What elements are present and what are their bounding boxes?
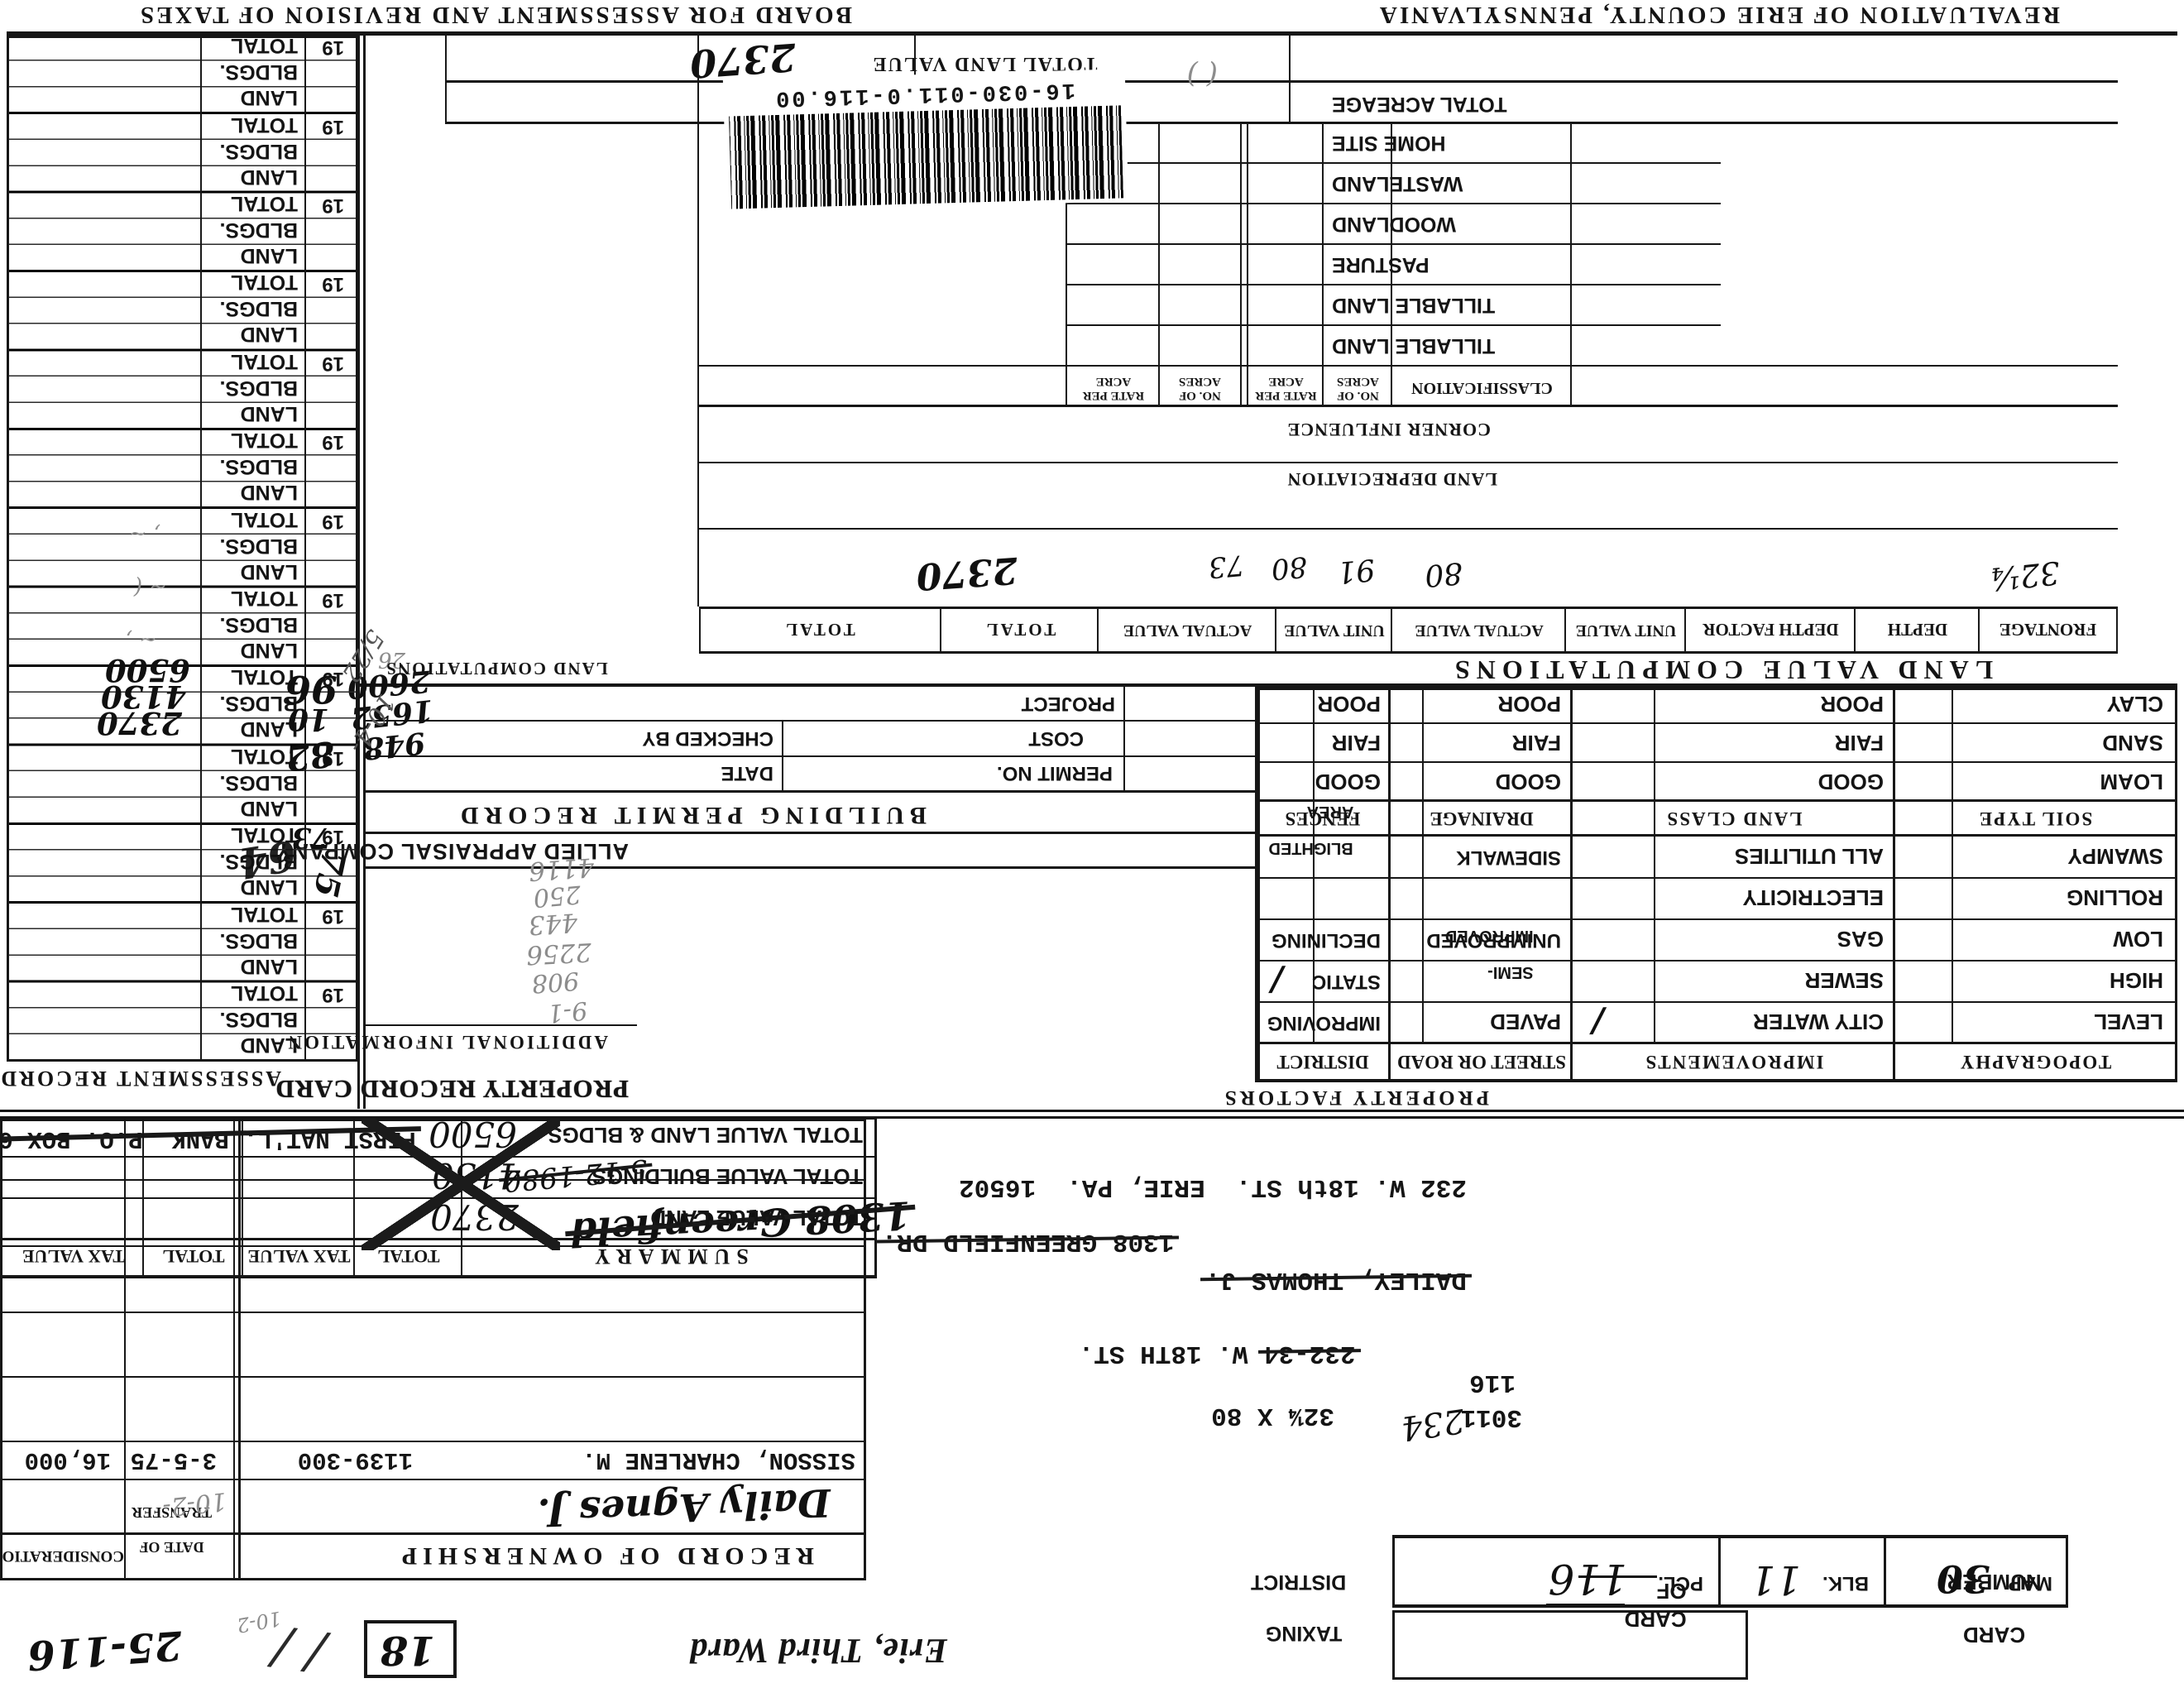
lc-header-depth: DEPTH bbox=[1856, 619, 1980, 640]
date-label: DATE bbox=[721, 761, 773, 784]
class-row-tillable2: TILLABLE LAND bbox=[1332, 293, 1605, 317]
lc-header-actualvalue2: ACTUAL VALUE bbox=[1099, 621, 1276, 640]
scribble-64: 64 bbox=[235, 831, 299, 888]
class-header-classification: CLASSIFICATION bbox=[1392, 378, 1572, 397]
prior-owner-struck: DAILEY, THOMAS J. bbox=[1205, 1265, 1467, 1294]
pf-swampy: SWAMPY bbox=[2067, 843, 2163, 869]
lc-header-total1: TOTAL bbox=[941, 619, 1099, 640]
pf-sewer: SEWER bbox=[1805, 967, 1884, 993]
lc-header-unitvalue1: UNIT VALUE bbox=[1566, 621, 1686, 640]
street-correction: 234 bbox=[1399, 1401, 1467, 1447]
total-label: TOTAL bbox=[231, 981, 298, 1005]
banner-rule bbox=[7, 31, 2177, 36]
owner-row2-consideration: 16,000 bbox=[25, 1446, 111, 1474]
rule bbox=[699, 365, 2118, 367]
total-label: TOTAL bbox=[231, 428, 298, 452]
year-prefix: 19 bbox=[322, 510, 344, 533]
year-prefix: 19 bbox=[322, 352, 344, 375]
class-header-rate1: RATE PER ACRE bbox=[1248, 374, 1324, 402]
current-address: 232 W. 18th ST. ERIE, PA. 16502 bbox=[959, 1172, 1467, 1201]
land-label: LAND bbox=[241, 480, 298, 504]
land-label: LAND bbox=[241, 85, 298, 109]
land-label: LAND bbox=[241, 243, 298, 267]
lc-depthfactor-value: 91 bbox=[1335, 552, 1376, 589]
pf-poor3: POOR bbox=[1317, 691, 1381, 717]
pf-poor1: POOR bbox=[1820, 691, 1884, 717]
land-label: LAND bbox=[241, 559, 298, 583]
divider bbox=[363, 36, 366, 1109]
rule bbox=[1260, 918, 2175, 920]
class-header-noacres1: NO. OF ACRES bbox=[1324, 374, 1392, 402]
rule bbox=[364, 755, 1255, 757]
blk-value: 11 bbox=[1751, 1556, 1801, 1603]
land-computations-header: FRONTAGE DEPTH DEPTH FACTOR UNIT VALUE A… bbox=[699, 607, 2118, 654]
assessment-block: 19LANDBLDGS.TOTAL bbox=[9, 112, 356, 190]
total-value-hw: 6500 bbox=[105, 652, 190, 688]
corner-influence-label: CORNER INFLUENCE bbox=[1287, 419, 1491, 440]
pencil-parens: ( ) bbox=[1187, 58, 1218, 91]
map-blk-pcl-row: MAP 30 BLK. 11 PCL. 116 bbox=[1392, 1535, 2068, 1608]
rule bbox=[1260, 761, 2175, 763]
pf-header-district: DISTRICT bbox=[1255, 1051, 1391, 1072]
year-82: 82 bbox=[284, 733, 336, 779]
owner-row2-name: SISSON, CHARLENE M. bbox=[582, 1446, 855, 1474]
pf-header-street: STREET OR ROAD bbox=[1391, 1051, 1573, 1072]
owner-row1-name: Daily Agnes J. bbox=[537, 1480, 831, 1535]
project-label: PROJECT bbox=[1022, 692, 1115, 715]
assessment-block: 19LANDBLDGS.TOTAL bbox=[9, 33, 356, 112]
property-record-card-scan: CARD NUMBER CARD OF TAXING DISTRICT Erie… bbox=[0, 0, 2184, 1688]
account-number: 3011 bbox=[1461, 1403, 1522, 1431]
rule bbox=[699, 405, 2118, 407]
pf-header-landclass: LAND CLASS bbox=[1573, 808, 1895, 829]
pf-good1: GOOD bbox=[1818, 769, 1884, 794]
class-row-pasture: PASTURE bbox=[1332, 252, 1605, 276]
pf-semi-1: SEMI- bbox=[1487, 963, 1534, 981]
parcel-number: 116 bbox=[1469, 1368, 1516, 1397]
assessment-block: 19LANDBLDGS.TOTAL bbox=[9, 901, 356, 980]
rule bbox=[364, 866, 1255, 869]
rule bbox=[2, 1312, 864, 1313]
summary-row1-label: TOTAL VALUE LAND bbox=[650, 1205, 863, 1230]
section-rule bbox=[0, 1116, 2184, 1119]
section-rule bbox=[0, 1110, 2184, 1112]
year-prefix: 19 bbox=[322, 272, 344, 295]
pf-header-soiltype: SOIL TYPE bbox=[1895, 808, 2175, 829]
corner-number-scribble: 25-116 bbox=[26, 1622, 183, 1679]
pf-low: LOW bbox=[2113, 926, 2163, 952]
land-computations-title: LAND COMPUTATIONS bbox=[364, 658, 629, 679]
lc-depth-value: 80 bbox=[1423, 555, 1463, 592]
bldgs-label: BLDGS. bbox=[220, 139, 298, 163]
property-factors-title: PROPERTY FACTORS bbox=[1249, 1086, 1489, 1109]
divider bbox=[782, 722, 783, 793]
lc-total-value: 2370 bbox=[915, 549, 1019, 597]
rule bbox=[2, 1376, 864, 1378]
lc-header-depthfactor: DEPTH FACTOR bbox=[1686, 619, 1856, 640]
rule bbox=[1260, 1042, 2175, 1044]
class-row-woodland: WOODLAND bbox=[1332, 212, 1605, 236]
bldgs-label: BLDGS. bbox=[220, 770, 298, 794]
divider bbox=[1388, 690, 1391, 1079]
pf-unimproved: UNIMPROVED bbox=[1426, 928, 1561, 952]
permit-no-label: PERMIT NO. bbox=[997, 761, 1113, 784]
assessment-block: 19LANDBLDGS.TOTAL bbox=[9, 348, 356, 427]
total-label: TOTAL bbox=[231, 191, 298, 215]
pf-gas: GAS bbox=[1837, 926, 1884, 952]
prior-address-struck: 1308 GREENFIELD DR. bbox=[882, 1227, 1174, 1256]
pf-good3: GOOD bbox=[1315, 769, 1381, 794]
land-label: LAND bbox=[241, 954, 298, 978]
owner-row2-date: 3-5-75 bbox=[131, 1446, 217, 1474]
year-96: 96 bbox=[285, 667, 338, 712]
divider bbox=[1255, 687, 1257, 1082]
pencil-figure: 908 bbox=[531, 966, 581, 998]
pf-level: LEVEL bbox=[2094, 1009, 2163, 1034]
rule bbox=[699, 462, 2118, 463]
pf-declining: DECLINING bbox=[1272, 928, 1381, 952]
rule bbox=[1260, 960, 2175, 961]
bldgs-label: BLDGS. bbox=[220, 454, 298, 478]
lc-actualvalue-value: 73 bbox=[1207, 548, 1246, 584]
bldgs-label: BLDGS. bbox=[220, 612, 298, 636]
pf-header-topography: TOPOGRAPHY bbox=[1895, 1051, 2175, 1072]
pf-rolling: ROLLING bbox=[2067, 885, 2163, 910]
assessment-block: 19LANDBLDGS.TOTAL bbox=[9, 506, 356, 585]
year-prefix: 19 bbox=[322, 588, 344, 611]
street-rest: W. 18TH ST. bbox=[1079, 1339, 1263, 1368]
record-card-title: PROPERTY RECORD CARD bbox=[339, 1074, 629, 1104]
rule bbox=[2, 1479, 864, 1480]
rule bbox=[1067, 284, 1721, 285]
date-header-1: DATE OF bbox=[139, 1539, 204, 1556]
property-factors-table: TOPOGRAPHY IMPROVEMENTS STREET OR ROAD D… bbox=[1257, 687, 2177, 1082]
rule bbox=[1067, 324, 1721, 326]
lc-unitvalue-value: 80 bbox=[1270, 549, 1309, 586]
assessment-title: ASSESSMENT RECORD bbox=[33, 1066, 281, 1091]
rule bbox=[364, 1024, 637, 1026]
pf-improving: IMPROVING bbox=[1267, 1011, 1381, 1034]
banner-left: REVALUATION OF ERIE COUNTY, PENNSYLVANIA bbox=[1390, 1, 2060, 28]
class-header-rate2: RATE PER ACRE bbox=[1067, 374, 1160, 402]
pcl-value: 116 bbox=[1549, 1555, 1627, 1603]
summary-col3: TOTAL bbox=[144, 1245, 243, 1267]
taxing-line2: DISTRICT bbox=[1251, 1571, 1346, 1594]
rule bbox=[364, 720, 1255, 722]
class-row-wasteland: WASTELAND bbox=[1332, 171, 1605, 195]
street-struck: 232-34 bbox=[1263, 1339, 1356, 1368]
pf-poor2: POOR bbox=[1497, 691, 1561, 717]
land-value-computations-title: LAND VALUE COMPUTATIONS bbox=[1398, 655, 2043, 685]
summary-col4: TAX VALUE bbox=[3, 1245, 144, 1267]
lc-header-total2: TOTAL bbox=[697, 619, 941, 640]
total-acreage-label: TOTAL ACREAGE bbox=[1332, 92, 1605, 116]
land-label: LAND bbox=[241, 401, 298, 425]
rule bbox=[1260, 834, 2175, 837]
land-label: LAND bbox=[241, 165, 298, 189]
summary-row2-label: TOTAL VALUE BUILDINGS bbox=[592, 1163, 863, 1189]
pencil-figure: 2256 bbox=[525, 937, 592, 970]
check-mark-level: ∕ bbox=[1592, 1002, 1604, 1041]
barcode-sticker: 16-030-011.0-116.00 bbox=[723, 69, 1128, 213]
pf-allutilities: ALL UTILITIES bbox=[1735, 843, 1884, 869]
year-prefix: 19 bbox=[322, 430, 344, 453]
year-prefix: 19 bbox=[322, 904, 344, 928]
divider bbox=[1289, 36, 1291, 124]
pf-header-improvements: IMPROVEMENTS bbox=[1573, 1051, 1895, 1072]
pencil-figure: 4116 bbox=[528, 851, 595, 885]
assessment-block: 19LANDBLDGS.TOTAL bbox=[9, 981, 356, 1059]
total-label: TOTAL bbox=[231, 586, 298, 610]
assessment-block: 19LANDBLDGS.TOTAL bbox=[9, 270, 356, 348]
divider bbox=[697, 36, 699, 607]
blk-label: BLK. bbox=[1822, 1571, 1869, 1594]
taxing-district-label: TAXING DISTRICT bbox=[1262, 1543, 1369, 1671]
rule bbox=[1067, 203, 1721, 204]
rule bbox=[364, 790, 1255, 793]
divider bbox=[1893, 690, 1895, 1079]
land-label: LAND bbox=[241, 1033, 298, 1057]
check-mark-static: ∕ bbox=[1271, 961, 1283, 1000]
divider bbox=[1884, 1538, 1886, 1604]
total-label: TOTAL bbox=[231, 270, 298, 294]
consideration-header: CONSIDERATION bbox=[0, 1547, 124, 1565]
pf-header-fences: FENCES bbox=[1255, 808, 1391, 829]
pf-fair2: FAIR bbox=[1512, 730, 1561, 755]
total-label: TOTAL bbox=[231, 33, 298, 57]
pf-sand: SAND bbox=[2102, 730, 2163, 755]
rule bbox=[364, 832, 1255, 834]
year-prefix: 19 bbox=[322, 115, 344, 138]
pf-electricity: ELECTRICITY bbox=[1743, 885, 1884, 910]
divider bbox=[445, 36, 447, 124]
pf-paved: PAVED bbox=[1490, 1009, 1561, 1034]
divider bbox=[1123, 687, 1125, 793]
pf-semiimproved: SEMI- IMPROVED bbox=[1445, 909, 1561, 1000]
card-of-blank1 bbox=[1546, 1604, 1625, 1632]
lc-header-unitvalue2: UNIT VALUE bbox=[1276, 621, 1392, 640]
pf-sidewalk: SIDEWALK bbox=[1456, 846, 1561, 869]
rule bbox=[1260, 877, 2175, 879]
class-row-homesite: HOME SITE bbox=[1332, 131, 1605, 155]
street-address-line: 232-34 W. 18TH ST. bbox=[1079, 1310, 1417, 1397]
class-row-tillable1: TILLABLE LAND bbox=[1332, 333, 1605, 357]
pf-blightedarea: BLIGHTED AREA bbox=[1268, 784, 1381, 875]
divider bbox=[1422, 683, 1424, 1044]
bldgs-label: BLDGS. bbox=[220, 218, 298, 242]
card-value-handwriting: 18 bbox=[380, 1627, 435, 1673]
pf-header-drainage: DRAINAGE bbox=[1391, 808, 1573, 829]
card-value-box: 18 bbox=[364, 1620, 457, 1678]
pencil-dash: ~ , bbox=[126, 627, 157, 652]
pf-good2: GOOD bbox=[1496, 769, 1561, 794]
bldgs-label: BLDGS. bbox=[220, 60, 298, 84]
divider bbox=[1654, 683, 1655, 1044]
banner-right: BOARD FOR ASSESSMENT AND REVISION OF TAX… bbox=[165, 1, 852, 28]
summary-row3-label: TOTAL VALUE LAND & BLDGS. bbox=[542, 1122, 863, 1148]
pf-high: HIGH bbox=[2110, 967, 2163, 993]
year-prefix: 19 bbox=[322, 36, 344, 59]
divider bbox=[1718, 1538, 1721, 1604]
pf-fair1: FAIR bbox=[1835, 730, 1884, 755]
cost-label: COST bbox=[1028, 727, 1084, 750]
year-prefix: 19 bbox=[322, 983, 344, 1006]
rule bbox=[1067, 162, 1721, 164]
building-permit-title: BUILDING PERMIT RECORD bbox=[513, 801, 927, 829]
pf-citywater: CITY WATER bbox=[1753, 1009, 1884, 1034]
land-label: LAND bbox=[241, 796, 298, 820]
divider bbox=[1570, 690, 1573, 1079]
taxing-line1: TAXING bbox=[1266, 1622, 1343, 1645]
bldgs-label: BLDGS. bbox=[220, 928, 298, 952]
total-label: TOTAL bbox=[231, 349, 298, 373]
total-label: TOTAL bbox=[231, 113, 298, 137]
assessment-block: 19LANDBLDGS.TOTAL bbox=[9, 191, 356, 270]
lc-header-actualvalue1: ACTUAL VALUE bbox=[1392, 621, 1566, 640]
bldgs-label: BLDGS. bbox=[220, 1007, 298, 1031]
rule bbox=[1260, 799, 2175, 802]
pf-clay: CLAY bbox=[2107, 691, 2163, 717]
pf-static: STATIC bbox=[1312, 970, 1381, 993]
assessment-table: 19LANDBLDGS.TOTAL 19LANDBLDGS.TOTAL 19LA… bbox=[7, 36, 358, 1062]
rule bbox=[1260, 1001, 2175, 1003]
pf-loam: LOAM bbox=[2100, 769, 2163, 794]
bldgs-label: BLDGS. bbox=[220, 376, 298, 400]
divider bbox=[1952, 683, 1953, 1044]
pcl-label: PCL. bbox=[1658, 1571, 1703, 1594]
rule bbox=[699, 528, 2118, 530]
bldgs-label: BLDGS. bbox=[220, 296, 298, 320]
rule bbox=[2, 1441, 864, 1442]
card-of-card: CARD bbox=[1625, 1607, 1687, 1632]
pf-blighted-1: BLIGHTED bbox=[1268, 839, 1353, 857]
pf-fair3: FAIR bbox=[1332, 730, 1381, 755]
lot-size: 32¼ X 80 bbox=[1211, 1401, 1334, 1430]
land-label: LAND bbox=[241, 322, 298, 346]
land-depreciation-label: LAND DEPRECIATION bbox=[1287, 468, 1497, 490]
map-value: 30 bbox=[1937, 1556, 1990, 1601]
pencil-dash: ~ ( bbox=[134, 574, 167, 599]
pencil-figure: 9-1 bbox=[546, 995, 588, 1028]
land-label: LAND bbox=[241, 638, 298, 662]
rule bbox=[1260, 722, 2175, 724]
ownership-title: RECORD OF OWNERSHIP bbox=[396, 1542, 814, 1570]
bldgs-label: BLDGS. bbox=[220, 534, 298, 558]
summary-col2: TAX VALUE bbox=[243, 1245, 355, 1267]
barcode bbox=[729, 105, 1123, 209]
total-label: TOTAL bbox=[231, 902, 298, 926]
owner-row2-bookpage: 1139-300 bbox=[298, 1446, 413, 1474]
total-label: TOTAL bbox=[231, 507, 298, 531]
lc-frontage-value: 32¼ bbox=[1988, 554, 2062, 598]
pencil-dash: , ~ bbox=[129, 521, 160, 546]
rule bbox=[1067, 243, 1721, 245]
lc-header-frontage: FRONTAGE bbox=[1980, 619, 2116, 640]
ward-title: Erie, Third Ward bbox=[689, 1630, 947, 1670]
card-number-line1: CARD bbox=[1963, 1623, 2025, 1647]
card-of-box: CARD OF bbox=[1392, 1610, 1748, 1680]
summary-table: SUMMARY TOTAL TAX VALUE TOTAL TAX VALUE … bbox=[0, 1116, 877, 1278]
class-header-noacres2: NO. OF ACRES bbox=[1160, 374, 1240, 402]
assessment-block: 19LANDBLDGS.TOTAL bbox=[9, 428, 356, 506]
map-label: MAP bbox=[2009, 1571, 2052, 1594]
checked-by-label: CHECKED BY bbox=[642, 727, 773, 750]
crossed-out-mark bbox=[362, 1118, 560, 1250]
year-prefix: 19 bbox=[322, 194, 344, 217]
